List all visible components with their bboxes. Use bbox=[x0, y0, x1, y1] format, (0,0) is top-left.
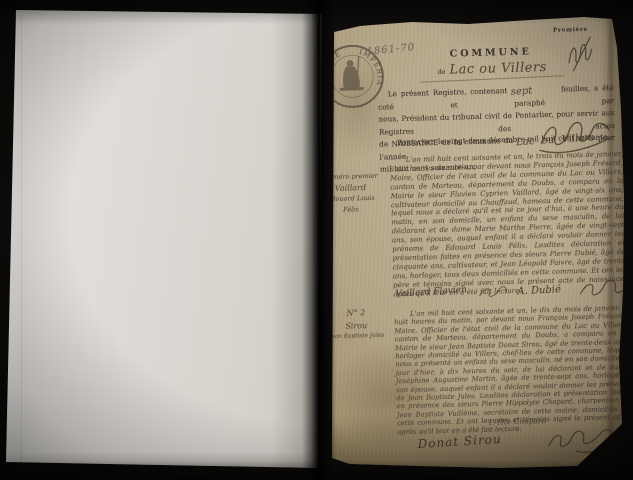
right-register-page: TIMBRE IMPÉRIAL 1861-70 Première bbox=[316, 12, 628, 470]
register-scan: TIMBRE IMPÉRIAL 1861-70 Première bbox=[0, 0, 633, 480]
left-page-shading bbox=[6, 8, 322, 470]
right-page-shading bbox=[316, 12, 628, 470]
left-blank-page bbox=[6, 8, 322, 470]
